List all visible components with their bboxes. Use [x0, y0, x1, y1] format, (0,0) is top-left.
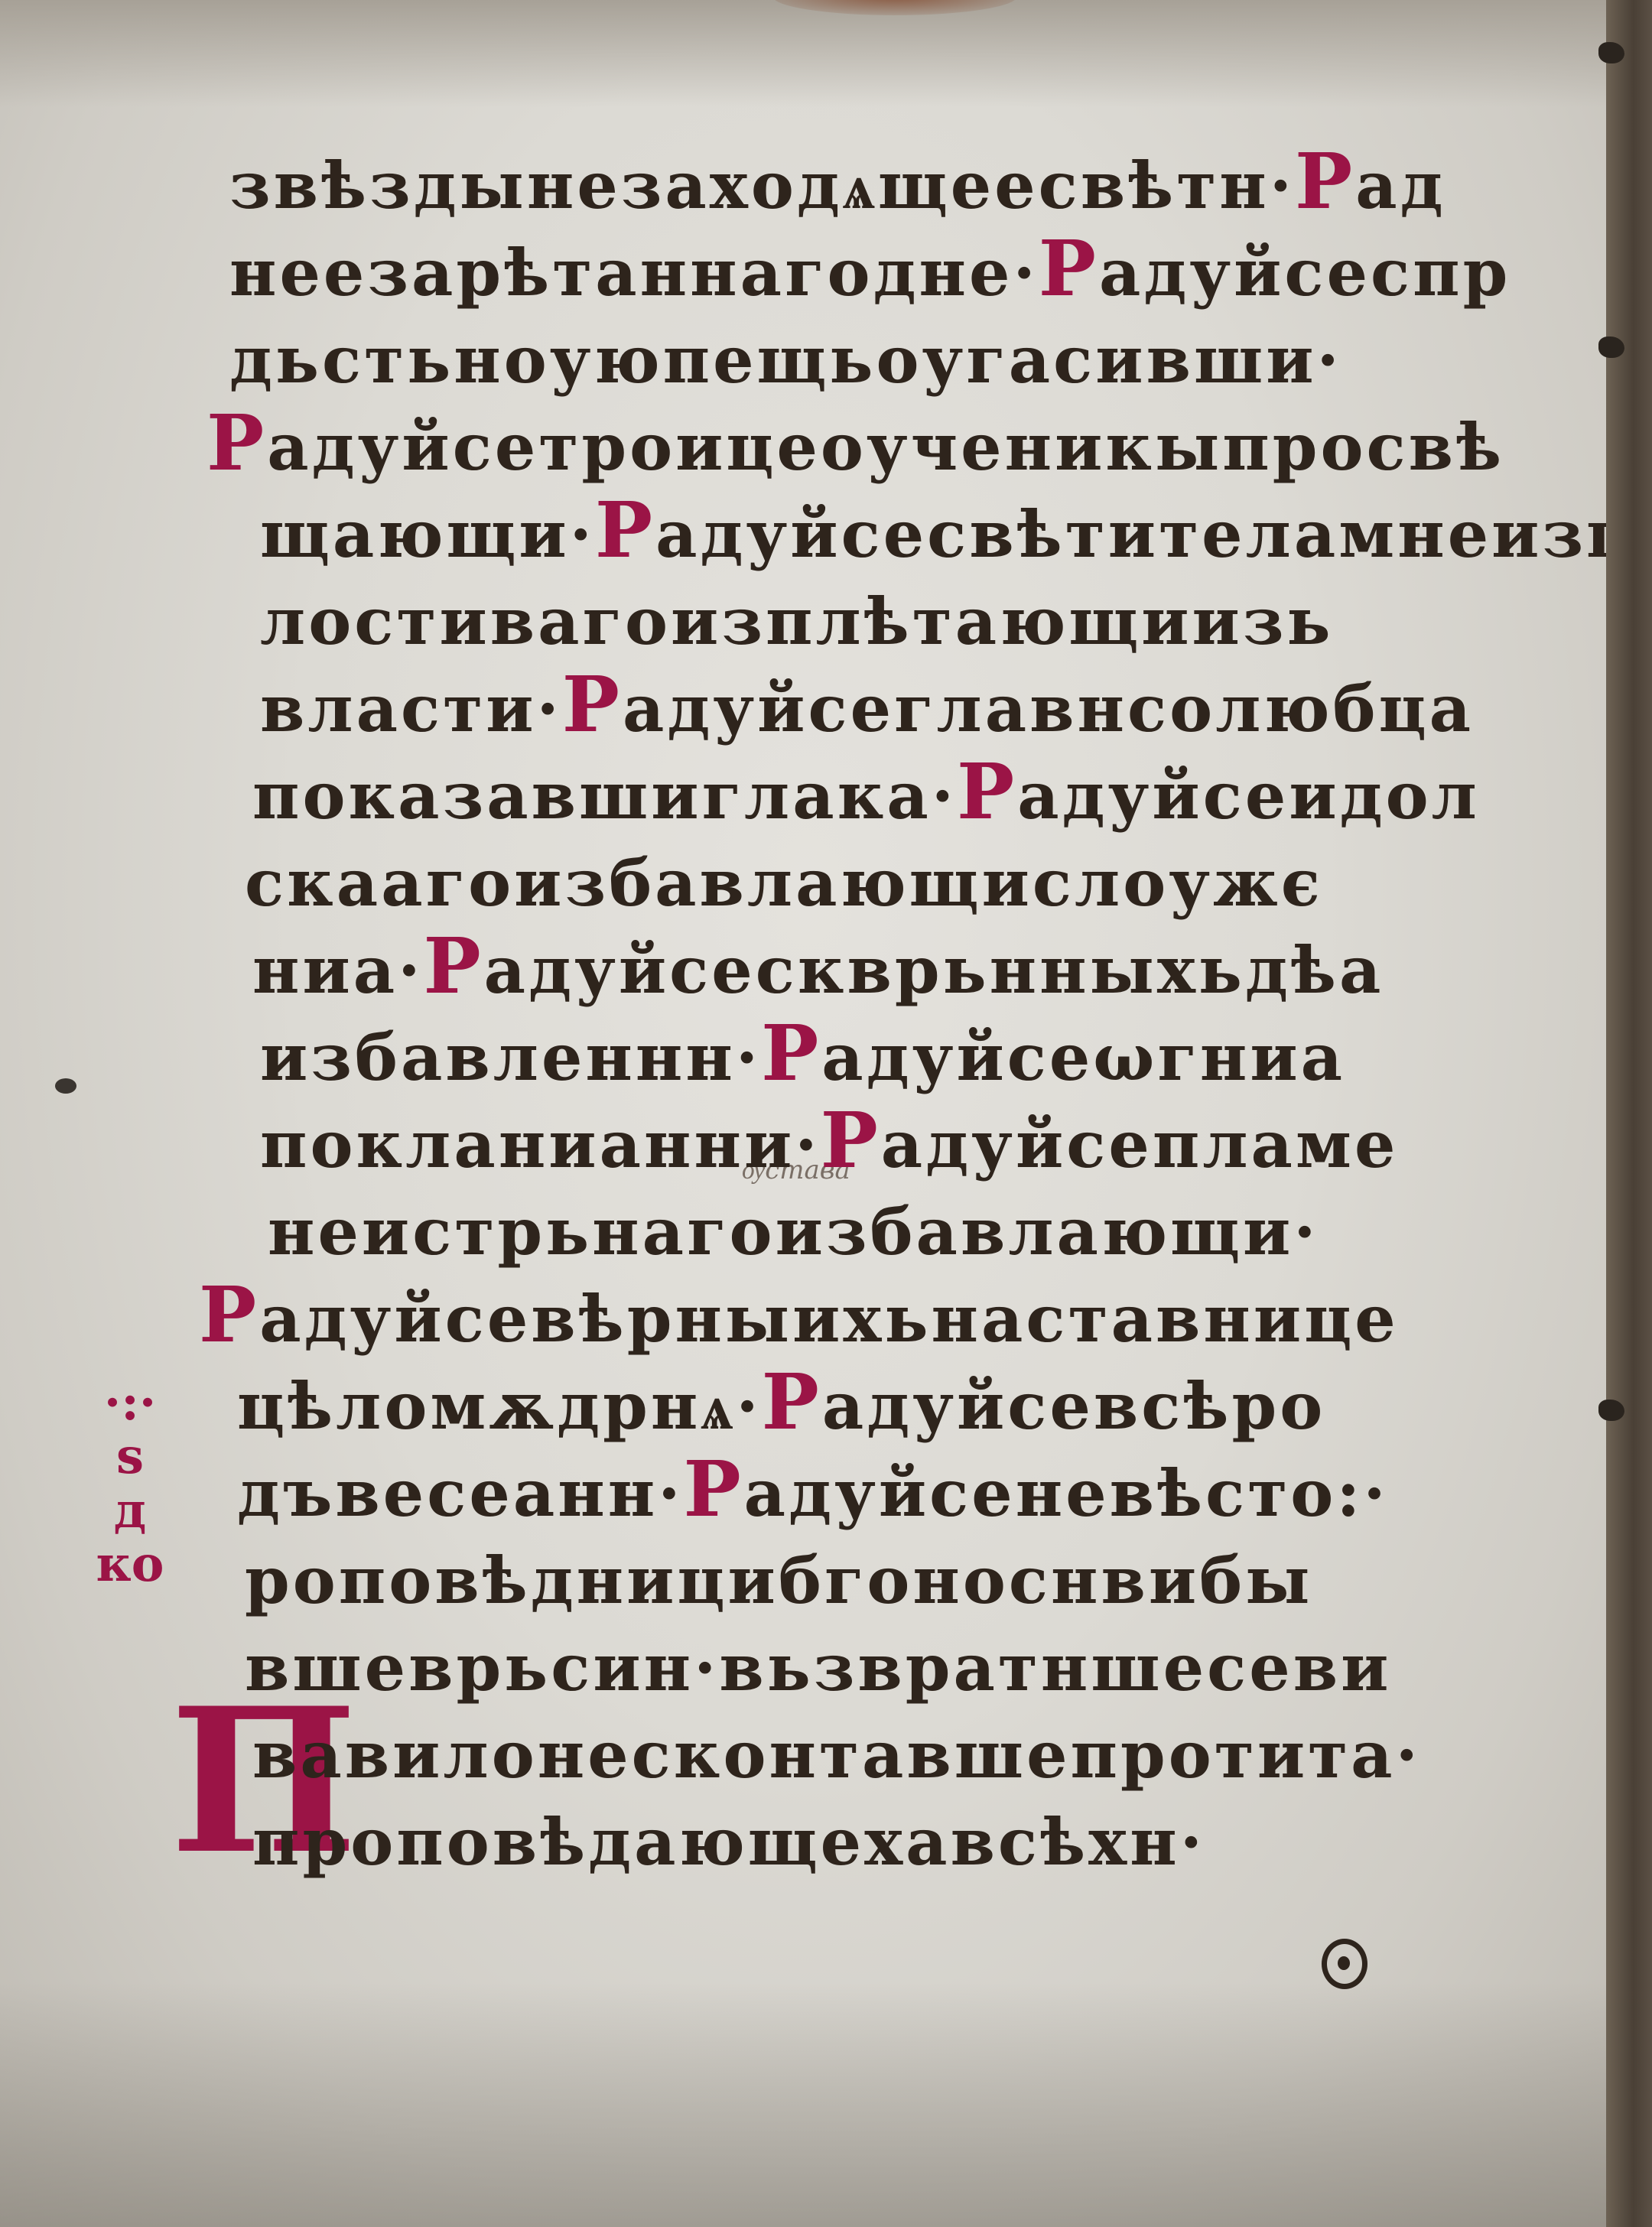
thumb-shadow: [772, 0, 1017, 15]
line-text: вшеврьсин·вьзвратншесеви: [245, 1630, 1391, 1705]
line-text-after: адуйсеглавнсолюбца: [623, 671, 1474, 746]
text-block: звѣздынезаходѧщеесвѣтн·Рад неезарѣтаннаг…: [229, 138, 1453, 1881]
text-line: покланианни·Радуйсепламе: [260, 1097, 1453, 1184]
line-text: щающи·: [260, 496, 595, 572]
marginal-note-line: ко: [88, 1538, 172, 1591]
rubric-letter: Р: [821, 1095, 881, 1185]
text-line: власти·Радуйсеглавнсолюбца: [260, 661, 1453, 748]
line-text: скаагоизбавлающислоужє: [245, 845, 1323, 921]
line-text: показавшиглака·: [252, 758, 957, 834]
text-line: цѣломѫдрнѧ·Радуйсевсѣро: [237, 1358, 1453, 1445]
text-line: неистрьнагоизбавлающи·: [268, 1184, 1453, 1271]
marginal-note-line: ·:·: [88, 1377, 172, 1430]
line-text: звѣздынезаходѧщеесвѣтн·: [229, 148, 1295, 223]
binding-stitch: [1598, 42, 1624, 63]
line-text-after: адуйсетроицеоученикыпросвѣ: [267, 409, 1504, 485]
rubric-letter: Р: [562, 659, 623, 749]
line-text-after: адуйсеневѣсто:·: [744, 1455, 1389, 1531]
line-text-after: адуйсеспр: [1099, 235, 1511, 310]
line-text: роповѣдницибгоноснвибы: [245, 1543, 1312, 1618]
rubric-letter: Р: [1295, 136, 1355, 226]
line-text: власти·: [260, 671, 562, 746]
line-text: дъвесеанн·: [237, 1455, 683, 1531]
line-text: цѣломѫдрнѧ·: [237, 1368, 762, 1444]
line-text-after: адуйсеидол: [1017, 758, 1480, 834]
text-line: проповѣдающехавсѣхн·: [252, 1794, 1453, 1881]
binding-stitch: [1598, 336, 1624, 358]
text-line: Радуйсетроицеоученикыпросвѣ: [206, 399, 1453, 486]
rubric-letter: Р: [761, 1008, 821, 1098]
marginal-note: ·:· ѕ д ко: [88, 1377, 172, 1592]
manuscript-page: ·:· ѕ д ко П ѹстава звѣздынезаходѧщеесвѣ…: [0, 0, 1614, 2227]
rubric-letter: Р: [206, 398, 267, 488]
line-text-after: адуйсевѣрныихьнаставнице: [259, 1281, 1399, 1357]
rubric-letter: Р: [683, 1444, 743, 1534]
line-text: лостивагоизплѣтающиизь: [260, 584, 1333, 659]
line-text-after: адуйсесвѣтителамнеизп: [655, 496, 1636, 572]
line-text-after: адуйсевсѣро: [822, 1368, 1325, 1444]
rubric-letter: Р: [199, 1270, 259, 1360]
text-line: ниа·Радуйсескврьнныхьдѣа: [252, 922, 1453, 1009]
marginal-note-line: ѕ: [88, 1430, 172, 1484]
end-mark-icon: [1322, 1939, 1367, 1989]
line-text: ниа·: [252, 932, 423, 1008]
text-line: неезарѣтаннагодне·Радуйсеспр: [229, 225, 1453, 312]
text-line: щающи·Радуйсесвѣтителамнеизп: [260, 486, 1453, 574]
ink-smudge: [55, 1078, 76, 1094]
text-line: избавленнн·Радуйсеωгниа: [260, 1009, 1453, 1097]
book-spine: [1606, 0, 1652, 2227]
line-text: вавилонесконтавшепротита·: [252, 1717, 1421, 1793]
text-line: вшеврьсин·вьзвратншесеви: [245, 1620, 1453, 1707]
text-line: показавшиглака·Радуйсеидол: [252, 748, 1453, 835]
line-text: неезарѣтаннагодне·: [229, 235, 1039, 310]
line-text-after: адуйсескврьнныхьдѣа: [484, 932, 1384, 1008]
rubric-letter: Р: [957, 746, 1017, 837]
text-line: скаагоизбавлающислоужє: [245, 835, 1453, 922]
text-line: вавилонесконтавшепротита·: [252, 1707, 1453, 1794]
text-line: Радуйсевѣрныихьнаставнице: [199, 1271, 1453, 1358]
text-line: роповѣдницибгоноснвибы: [245, 1533, 1453, 1620]
text-line: лостивагоизплѣтающиизь: [260, 574, 1453, 661]
line-text-after: адуйсеωгниа: [821, 1019, 1345, 1095]
text-line: дъвесеанн·Радуйсеневѣсто:·: [237, 1445, 1453, 1533]
rubric-letter: Р: [595, 485, 655, 575]
line-text: неистрьнагоизбавлающи·: [268, 1194, 1319, 1270]
binding-stitch: [1598, 1400, 1624, 1421]
line-text: дьстьноуюпещьоугасивши·: [229, 322, 1342, 398]
line-text: избавленнн·: [260, 1019, 761, 1095]
rubric-letter: Р: [423, 921, 483, 1011]
line-text-after: адуйсепламе: [881, 1107, 1399, 1182]
marginal-note-line: д: [88, 1484, 172, 1538]
rubric-letter: Р: [1039, 223, 1099, 314]
line-text-after: ад: [1355, 148, 1445, 223]
text-line: дьстьноуюпещьоугасивши·: [229, 312, 1453, 399]
rubric-letter: Р: [762, 1357, 822, 1447]
text-line: звѣздынезаходѧщеесвѣтн·Рад: [229, 138, 1453, 225]
line-text: проповѣдающехавсѣхн·: [252, 1804, 1205, 1880]
line-text: покланианни·: [260, 1107, 821, 1182]
